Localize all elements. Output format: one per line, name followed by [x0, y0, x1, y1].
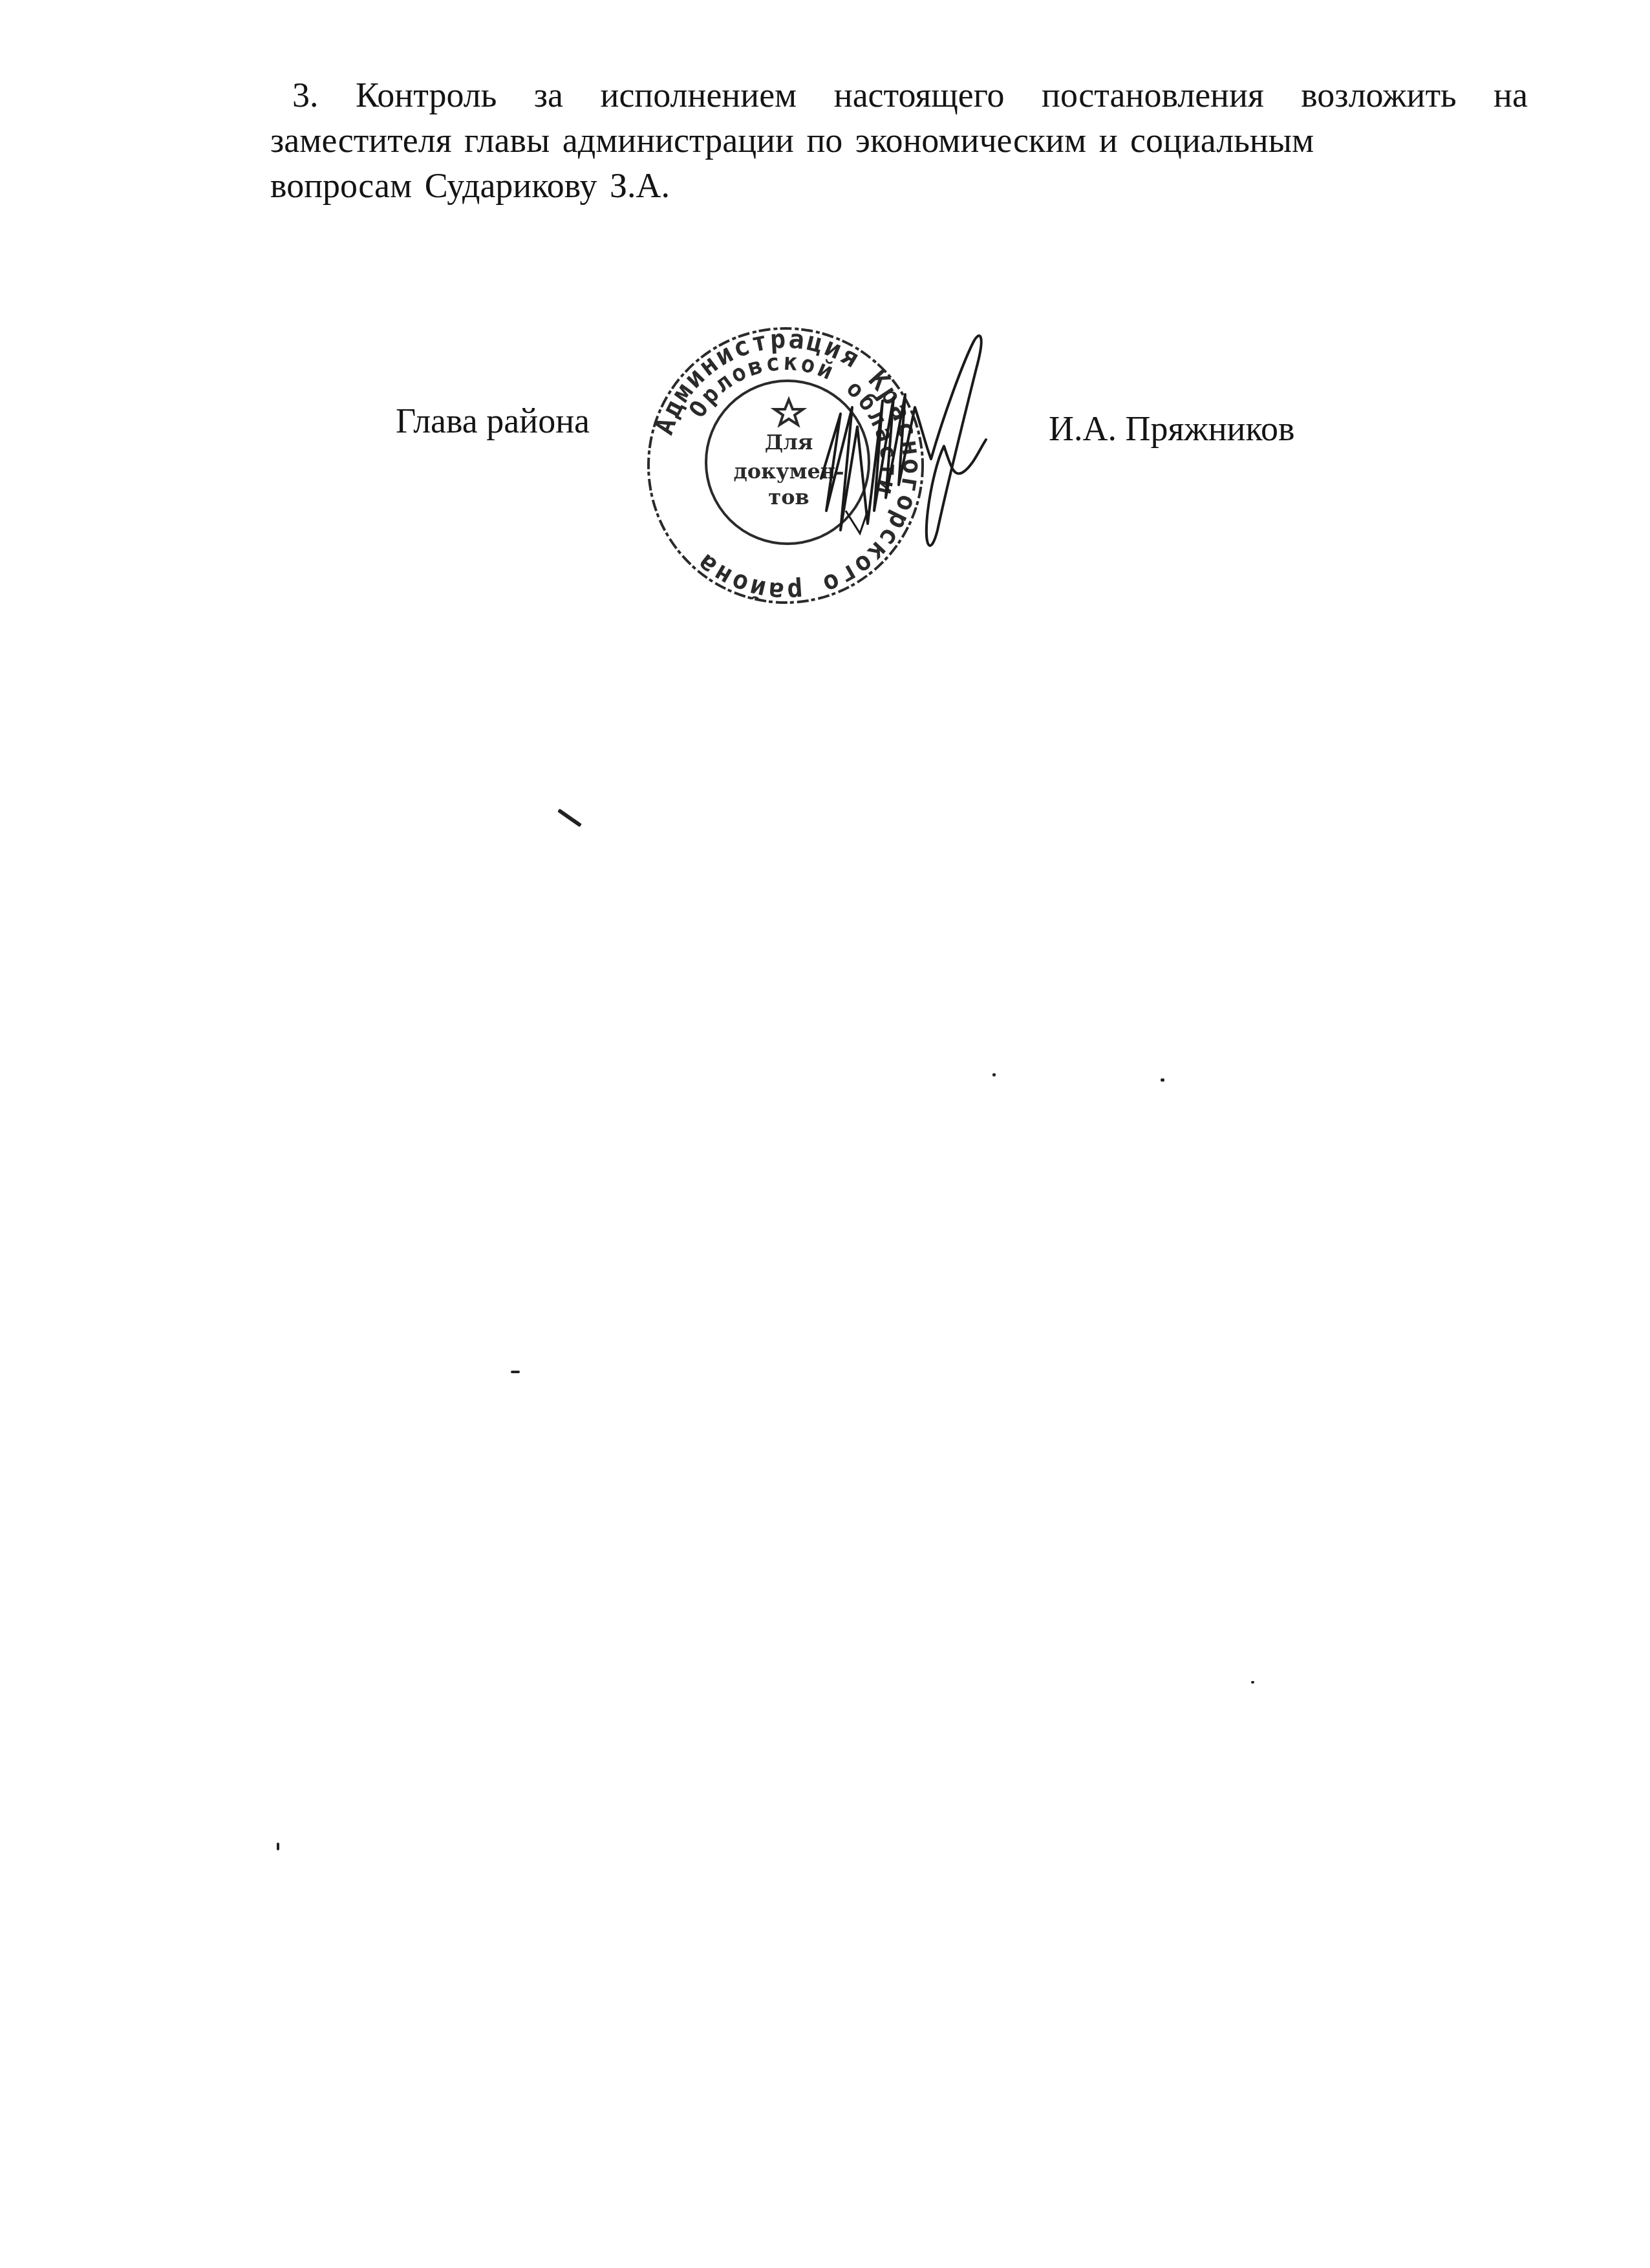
stamp-center-line-2: докумен- [733, 459, 844, 484]
official-stamp: Администрация Красногорского района Орло… [627, 317, 1080, 621]
scan-speck [1161, 1078, 1164, 1082]
stamp-center-line-3: тов [768, 485, 809, 509]
signatory-name: И.А. Пряжников [1049, 409, 1294, 449]
paragraph-line-1: 3. Контроль за исполнением настоящего по… [292, 76, 1528, 114]
scan-speck [511, 1371, 520, 1373]
scan-speck [1251, 1681, 1254, 1684]
resolution-paragraph: 3. Контроль за исполнением настоящего по… [270, 72, 1528, 208]
scan-speck [557, 808, 582, 827]
scanned-document-page: 3. Контроль за исполнением настоящего по… [0, 0, 1650, 2268]
stamp-center-line-1: Для [765, 430, 813, 455]
stamp-and-signature-graphic: Администрация Красногорского района Орло… [627, 317, 1080, 621]
scan-speck [277, 1843, 279, 1850]
signatory-title: Глава района [396, 401, 590, 441]
star-icon [775, 400, 803, 425]
paragraph-line-2: заместителя главы администрации по эконо… [270, 121, 1314, 160]
scan-speck [992, 1073, 996, 1076]
paragraph-line-3: вопросам Сударикову З.А. [270, 166, 670, 205]
